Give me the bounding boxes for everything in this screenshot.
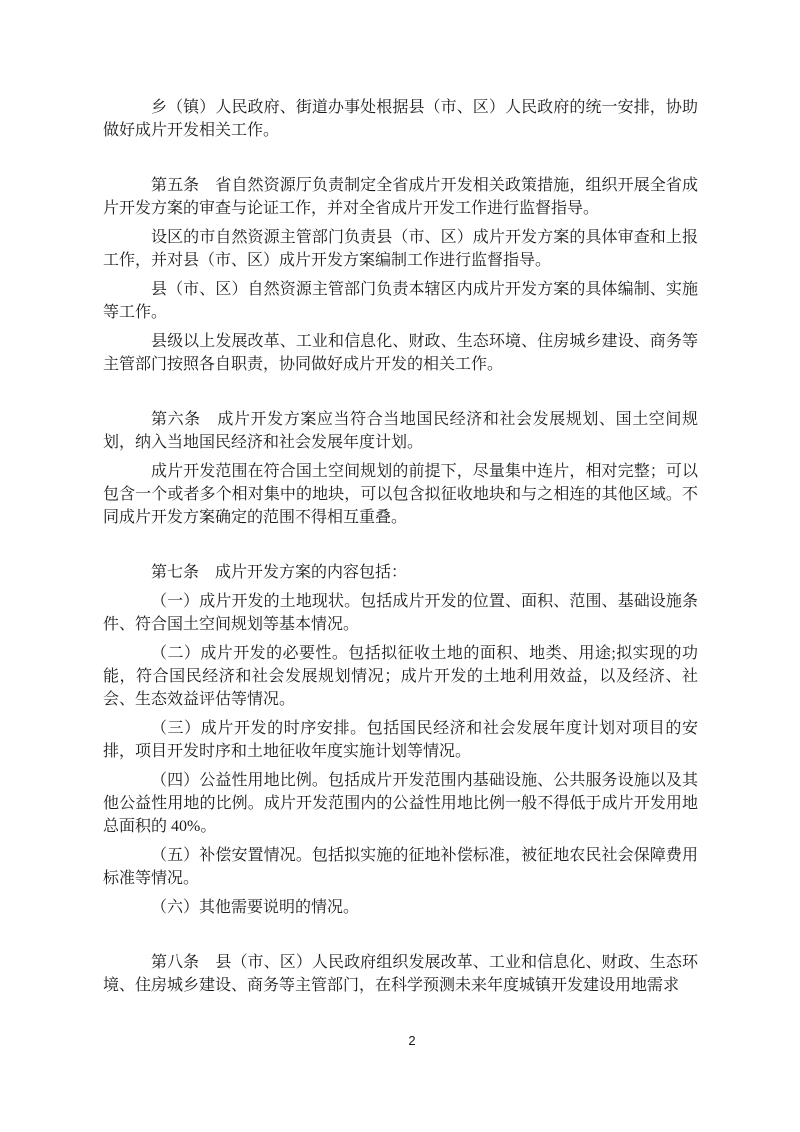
paragraph: 乡（镇）人民政府、街道办事处根据县（市、区）人民政府的统一安排，协助做好成片开发… bbox=[103, 96, 698, 142]
paragraph: 第五条 省自然资源厅负责制定全省成片开发相关政策措施，组织开展全省成片开发方案的… bbox=[103, 174, 698, 220]
paragraph: （三）成片开发的时序安排。包括国民经济和社会发展年度计划对项目的安排，项目开发时… bbox=[103, 717, 698, 763]
paragraph: 设区的市自然资源主管部门负责县（市、区）成片开发方案的具体审查和上报工作，并对县… bbox=[103, 226, 698, 272]
paragraph: （一）成片开发的土地现状。包括成片开发的位置、面积、范围、基础设施条件、符合国土… bbox=[103, 590, 698, 636]
paragraph: （六）其他需要说明的情况。 bbox=[103, 896, 698, 919]
paragraph: 第六条 成片开发方案应当符合当地国民经济和社会发展规划、国土空间规划，纳入当地国… bbox=[103, 408, 698, 454]
paragraph: 县级以上发展改革、工业和信息化、财政、生态环境、住房城乡建设、商务等主管部门按照… bbox=[103, 330, 698, 376]
paragraph: （二）成片开发的必要性。包括拟征收土地的面积、地类、用途;拟实现的功能，符合国民… bbox=[103, 642, 698, 711]
page-footer: 2 bbox=[0, 1032, 800, 1050]
page-number: 2 bbox=[408, 1033, 415, 1048]
paragraph: （四）公益性用地比例。包括成片开发范围内基础设施、公共服务设施以及其他公益性用地… bbox=[103, 769, 698, 838]
paragraph: （五）补偿安置情况。包括拟实施的征地补偿标准，被征地农民社会保障费用标准等情况。 bbox=[103, 844, 698, 890]
document-page: 乡（镇）人民政府、街道办事处根据县（市、区）人民政府的统一安排，协助做好成片开发… bbox=[0, 0, 800, 1132]
paragraph: 成片开发范围在符合国土空间规划的前提下，尽量集中连片，相对完整；可以包含一个或者… bbox=[103, 460, 698, 529]
document-body: 乡（镇）人民政府、街道办事处根据县（市、区）人民政府的统一安排，协助做好成片开发… bbox=[103, 96, 698, 997]
paragraph: 第七条 成片开发方案的内容包括： bbox=[103, 561, 698, 584]
paragraph: 第八条 县（市、区）人民政府组织发展改革、工业和信息化、财政、生态环境、住房城乡… bbox=[103, 951, 698, 997]
paragraph: 县（市、区）自然资源主管部门负责本辖区内成片开发方案的具体编制、实施等工作。 bbox=[103, 278, 698, 324]
